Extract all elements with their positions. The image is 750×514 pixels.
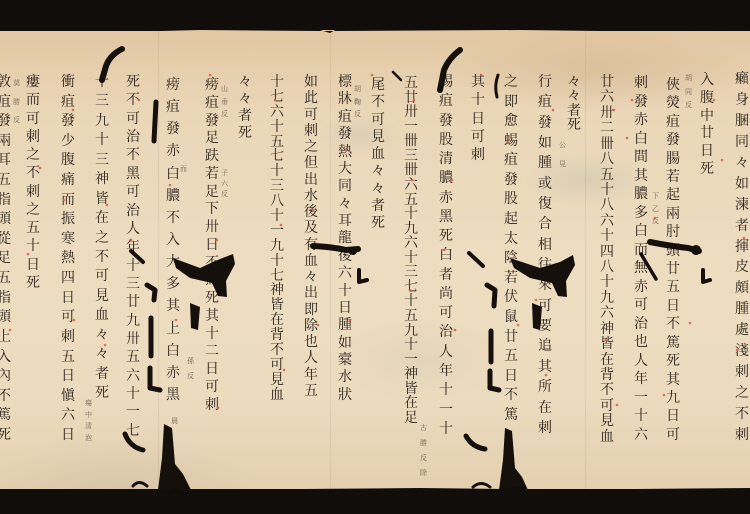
marginal-note: 下乙反 <box>651 193 660 225</box>
marginal-note: 山垂反 <box>220 86 229 118</box>
marginal-note: 孫反 <box>186 358 195 380</box>
paper-crease <box>585 30 586 489</box>
marginal-note: 古勝反除 <box>419 425 428 477</box>
text-column: 衝疽發少腹痛而振寒熱四日可刺五日愼六日 <box>59 75 77 442</box>
text-column: 十七六十五七十三八十一九十七神皆在背不可見血 <box>268 75 286 402</box>
marginal-note: 而 <box>179 166 188 176</box>
marginal-note: 公見 <box>558 142 567 168</box>
paper-crease <box>330 30 331 489</box>
text-column: 十三九十三神皆在之不可見血々々者死 <box>93 75 111 400</box>
text-column: 標牀疽發熱大同々耳龍後六十日腫如槖水狀 <box>336 75 354 402</box>
marginal-note: 晨 <box>170 418 179 428</box>
text-column: 蜴疽發股清膿赤黑死白者尚可治人年十一十 <box>437 75 455 436</box>
text-column: 尾不可見血々々者死 <box>369 78 387 230</box>
text-column: 癩身䐃同々如湅者揮皮頗腫處淺刺之不刺 <box>733 72 750 442</box>
manuscript-scan: 癩身䐃同々如湅者揮皮頗腫處淺刺之不刺 入腹中廿日死 俠熒疽發腸若起兩肘頭廿五日不… <box>0 0 750 514</box>
text-column: 死不可治不黑可治人年十三廿九卅五六十一七 <box>124 75 142 438</box>
text-column: 其十日可刺 <box>469 75 487 162</box>
text-column: 行疽發如腫或復合相往來可要追其所在刺 <box>536 75 554 435</box>
marginal-note: 莫勝反 <box>12 80 21 124</box>
text-column: 之即愈蜴疽發股起太陰若伏鼠廿五日不篤 <box>502 75 520 422</box>
text-column: 痨疽發赤白膿不入大多其上白赤黑 <box>164 78 182 402</box>
text-column: 々々者死 <box>236 75 254 140</box>
paper-crease <box>158 30 159 489</box>
text-column: 入腹中廿日死 <box>698 73 716 176</box>
text-column: 俠熒疽發腸若起兩肘頭廿五日不篤死其九日可 <box>664 78 682 442</box>
marginal-note: 瘍中清泡 <box>84 400 93 442</box>
text-column: 痨疽發足趺若足下卅日不篤死其十二日可刺 <box>203 78 221 412</box>
marginal-note: 胡鞠反 <box>353 86 362 118</box>
text-column: 刺發赤白間其膿多白而無赤可治也人年一十六 <box>632 76 650 442</box>
text-column: 々々者死 <box>565 75 583 132</box>
marginal-note: 胡同反 <box>684 75 693 109</box>
text-column: 五廿卅一卌三卌六五十九六十三七十五九十一神皆在足 <box>402 76 420 425</box>
text-column: 敦疽發兩耳五指頭從足五指頭上入內不篤死 <box>0 75 13 442</box>
text-column: 如此可刺之但出水後及有血々出即除也人年五 <box>302 75 320 398</box>
marginal-note: 子六反 <box>220 170 229 198</box>
text-column: 瘻而可刺之不刺之五十日死 <box>24 75 42 290</box>
text-column: 廿六卅二卌八五十八六十四八十九六神皆在背不可見血 <box>598 75 616 444</box>
